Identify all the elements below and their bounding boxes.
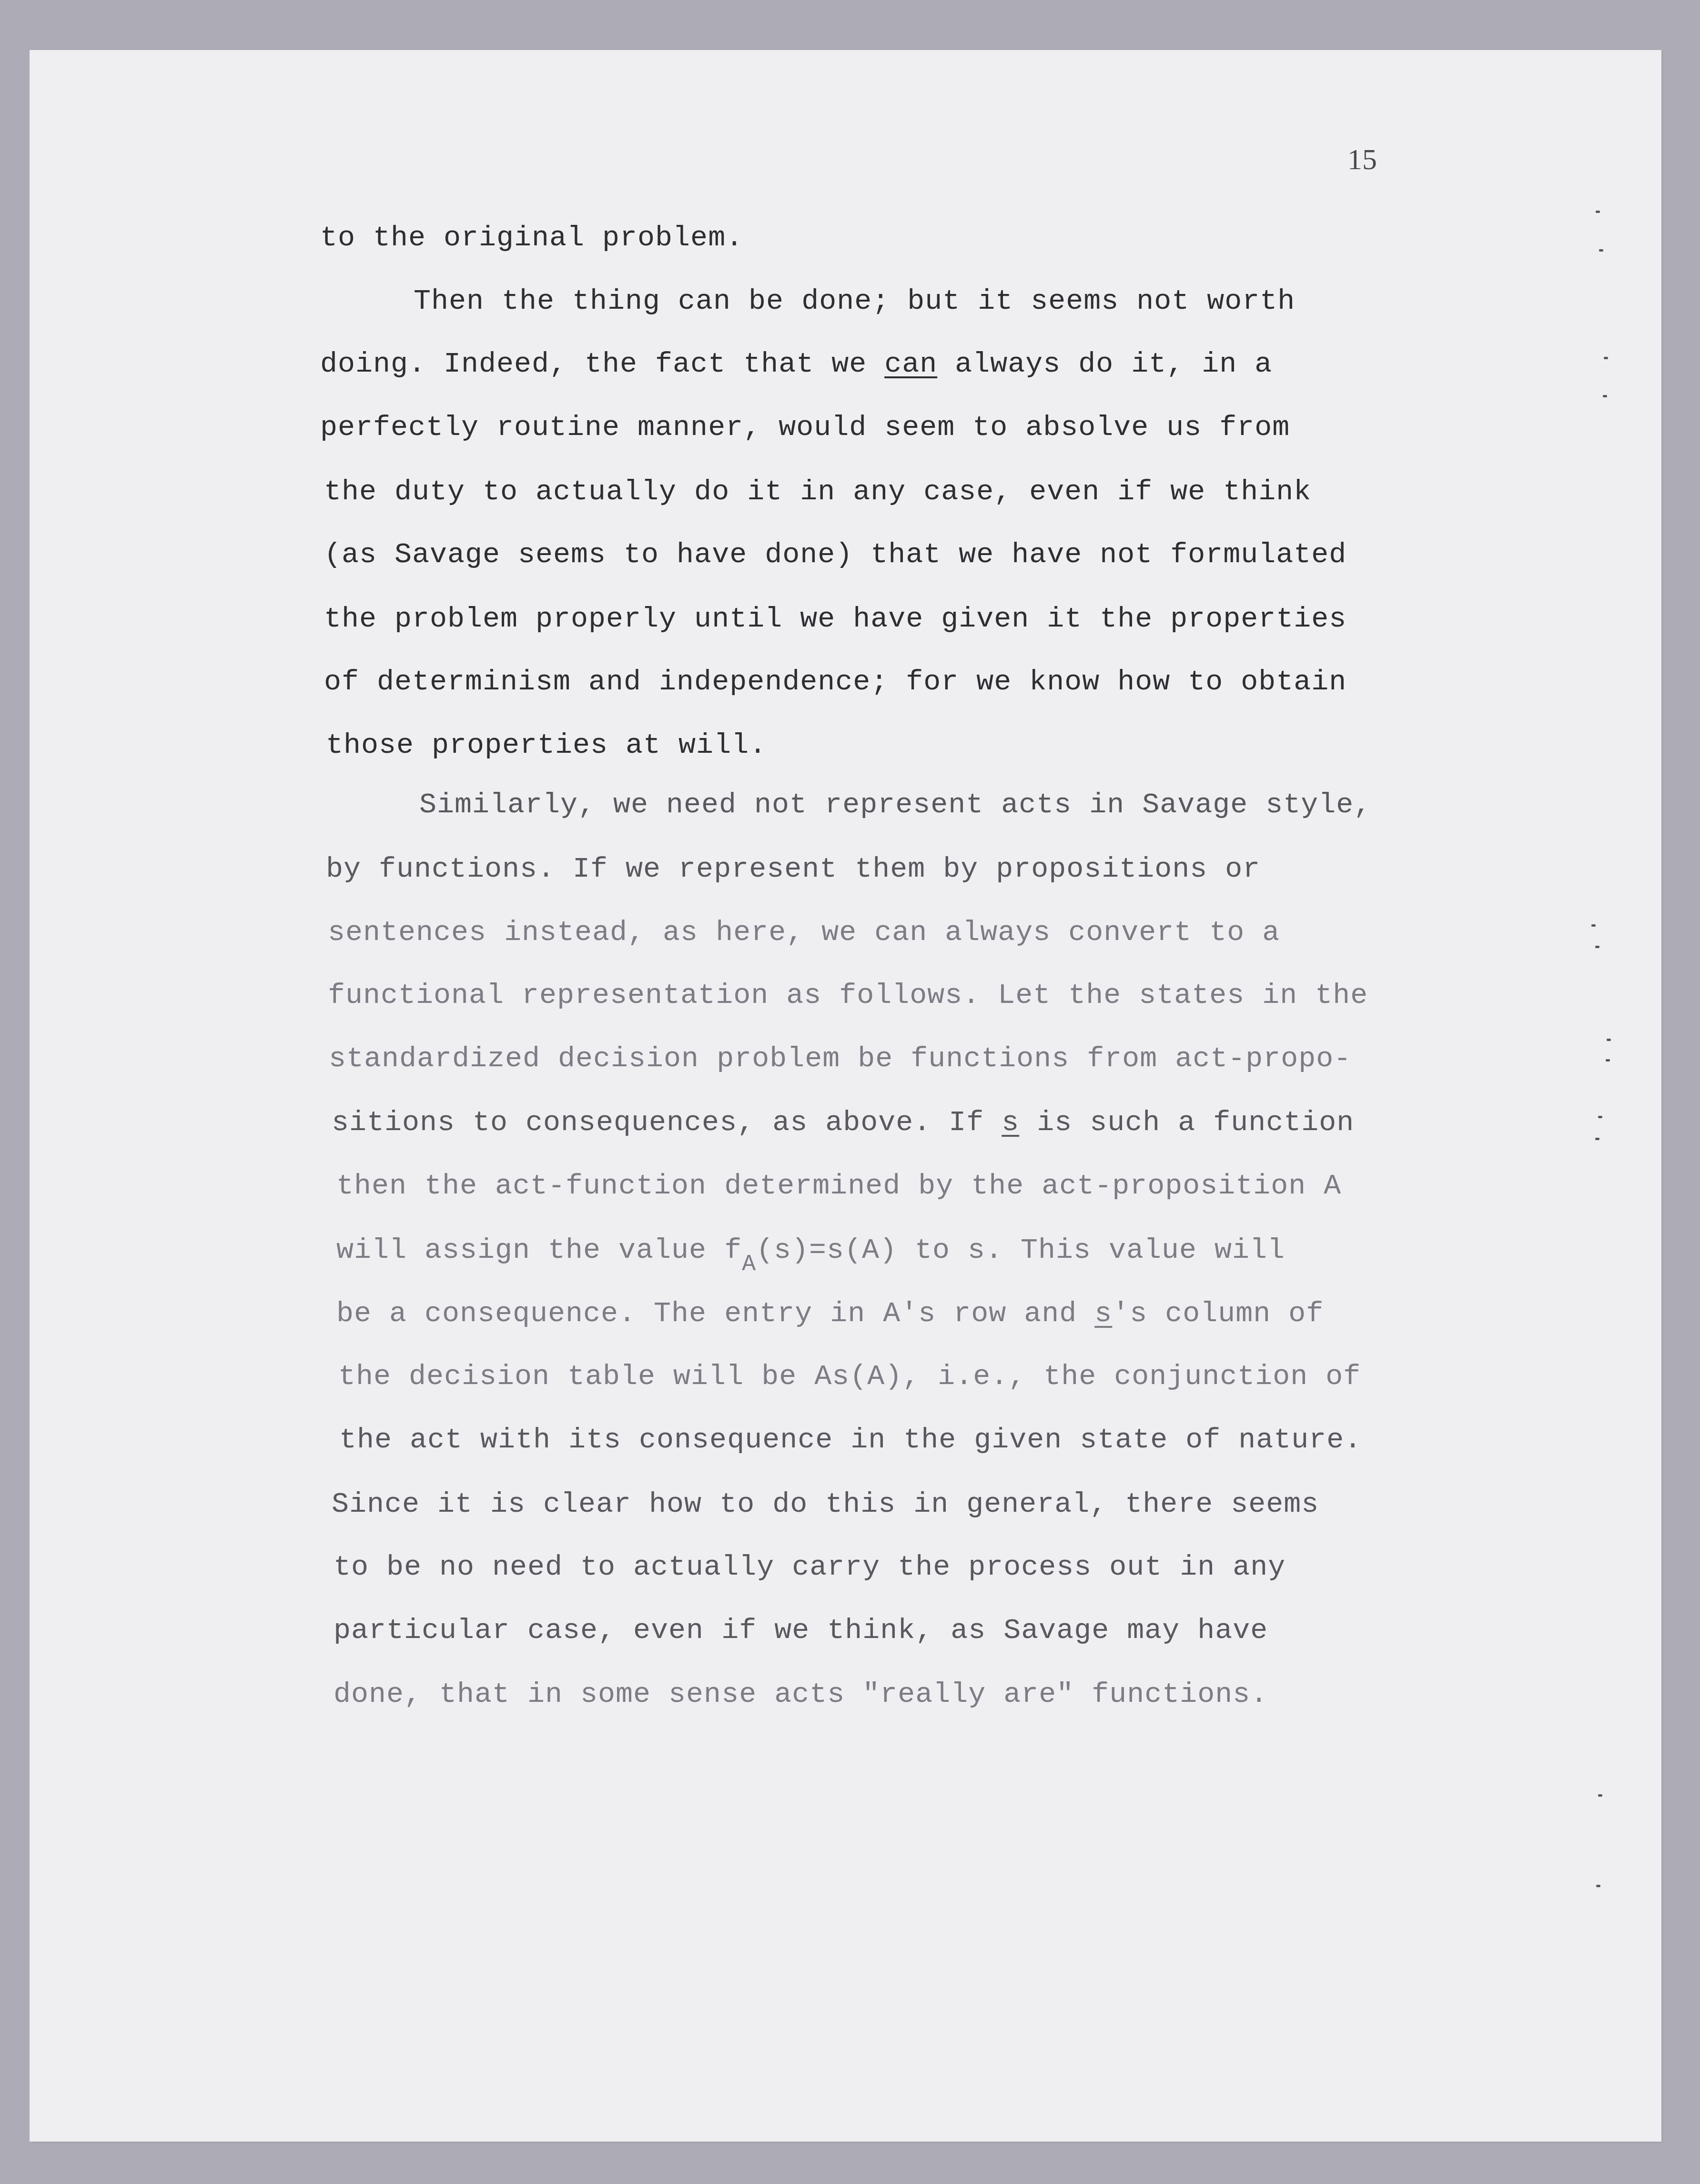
line-text: done, that in some sense acts "really ar…	[334, 1678, 1268, 1711]
line-text: the duty to actually do it in any case, …	[324, 476, 1311, 508]
line-text: those properties at will.	[326, 729, 767, 762]
line-text: Similarly, we need not represent acts in…	[419, 789, 1371, 821]
text-line: particular case, even if we think, as Sa…	[334, 1617, 1268, 1645]
text-line: the duty to actually do it in any case, …	[324, 478, 1311, 506]
line-text: of determinism and independence; for we …	[324, 666, 1346, 698]
text-line: standardized decision problem be functio…	[329, 1045, 1351, 1073]
line-text: functional representation as follows. Le…	[328, 980, 1368, 1012]
text-line: Similarly, we need not represent acts in…	[419, 791, 1371, 819]
margin-dot-mark	[1598, 1794, 1602, 1797]
text-line: of determinism and independence; for we …	[324, 668, 1346, 697]
line-text: the act with its consequence in the give…	[339, 1424, 1362, 1456]
underlined-word: can	[884, 348, 937, 381]
margin-dot-mark	[1603, 395, 1607, 397]
text-line: sitions to consequences, as above. If s …	[332, 1109, 1354, 1137]
text-line: doing. Indeed, the fact that we can alwa…	[320, 350, 1272, 379]
margin-dot-mark	[1599, 249, 1603, 252]
text-line: then the act-function determined by the …	[336, 1172, 1341, 1201]
margin-dot-mark	[1598, 1116, 1602, 1118]
page-number: 15	[1347, 143, 1377, 177]
line-text: Then the thing can be done; but it seems…	[414, 285, 1295, 318]
text-line: the problem properly until we have given…	[324, 605, 1346, 634]
line-text: sentences instead, as here, we can alway…	[328, 917, 1280, 949]
margin-dot-mark	[1595, 946, 1599, 948]
underlined-word: s	[1094, 1298, 1112, 1330]
line-text: is such a function	[1019, 1107, 1354, 1139]
line-text: be a consequence. The entry in A's row a…	[336, 1298, 1094, 1330]
line-text: to the original problem.	[320, 222, 743, 254]
text-line: the decision table will be As(A), i.e., …	[338, 1363, 1361, 1391]
margin-dot-mark	[1596, 1885, 1600, 1887]
underlined-word: s	[1002, 1107, 1019, 1139]
margin-dot-mark	[1606, 1059, 1610, 1062]
text-line: done, that in some sense acts "really ar…	[334, 1680, 1268, 1709]
margin-dot-mark	[1596, 211, 1600, 213]
line-text: the decision table will be As(A), i.e., …	[338, 1361, 1361, 1393]
text-line: (as Savage seems to have done) that we h…	[324, 541, 1346, 569]
text-line: perfectly routine manner, would seem to …	[320, 414, 1290, 442]
margin-dot-mark	[1595, 1138, 1599, 1140]
line-text: to be no need to actually carry the proc…	[334, 1551, 1285, 1584]
line-text: particular case, even if we think, as Sa…	[334, 1615, 1268, 1647]
text-line: by functions. If we represent them by pr…	[326, 855, 1260, 884]
text-line: to the original problem.	[320, 224, 743, 253]
line-text: doing. Indeed, the fact that we	[320, 348, 884, 381]
margin-dot-mark	[1604, 357, 1608, 359]
text-line: to be no need to actually carry the proc…	[334, 1553, 1285, 1582]
line-text: (s)=s(A) to s. This value will	[756, 1234, 1285, 1267]
line-text: perfectly routine manner, would seem to …	[320, 412, 1290, 444]
subscript: A	[742, 1252, 756, 1277]
margin-dot-mark	[1607, 1039, 1611, 1041]
line-text: standardized decision problem be functio…	[329, 1043, 1351, 1075]
line-text: 's column of	[1112, 1298, 1324, 1330]
text-line: those properties at will.	[326, 731, 767, 760]
line-text: (as Savage seems to have done) that we h…	[324, 539, 1346, 571]
line-text: will assign the value f	[336, 1234, 742, 1267]
text-line: be a consequence. The entry in A's row a…	[336, 1300, 1324, 1328]
text-line: Then the thing can be done; but it seems…	[414, 287, 1295, 316]
margin-dot-mark	[1591, 924, 1596, 927]
line-text: Since it is clear how to do this in gene…	[332, 1488, 1319, 1521]
text-line: functional representation as follows. Le…	[328, 981, 1368, 1010]
text-line: will assign the value fA(s)=s(A) to s. T…	[336, 1236, 1285, 1265]
text-line: Since it is clear how to do this in gene…	[332, 1490, 1319, 1519]
line-text: the problem properly until we have given…	[324, 603, 1346, 636]
text-line: sentences instead, as here, we can alway…	[328, 919, 1280, 947]
line-text: sitions to consequences, as above. If	[332, 1107, 1002, 1139]
line-text: always do it, in a	[937, 348, 1272, 381]
line-text: then the act-function determined by the …	[336, 1170, 1341, 1203]
text-line: the act with its consequence in the give…	[339, 1426, 1362, 1455]
line-text: by functions. If we represent them by pr…	[326, 853, 1260, 886]
